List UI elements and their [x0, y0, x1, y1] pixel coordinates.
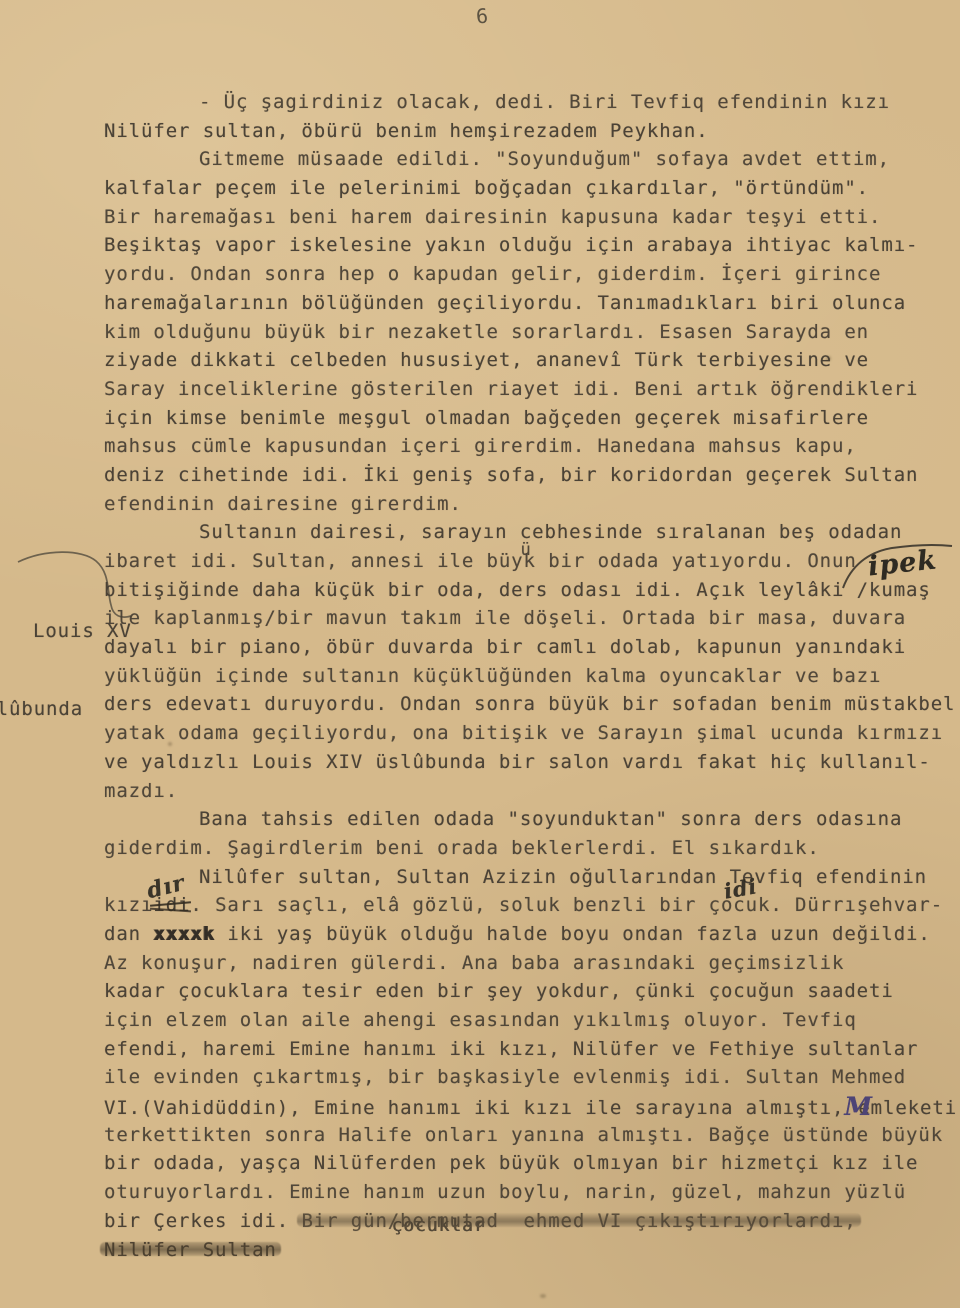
text-line: terkettikten sonra Halife onları yanına …: [104, 1121, 950, 1150]
typed-text: ibaret idi. Sultan, annesi ile büy: [104, 550, 524, 572]
text-line: Beşiktaş vapor iskelesine yakın olduğu i…: [104, 231, 950, 260]
text-line: mazdı.: [104, 777, 950, 806]
text-line: oturuyorlardı. Emine hanım uzun boylu, n…: [104, 1178, 950, 1207]
struck-word: idi: [153, 894, 190, 916]
text-line: Nilûfer sultan, Sultan Azizin oğullarınd…: [104, 863, 950, 892]
margin-note: Louis XV üslûbunda: [0, 566, 120, 774]
paper-stain: [540, 1294, 546, 1298]
struck-passage: Nilüfer Sultan: [104, 1239, 277, 1261]
page-number: 6: [475, 4, 489, 29]
text-line: yordu. Ondan sonra hep o kapudan gelir, …: [104, 260, 950, 289]
scanned-typewritten-page: 6 Louis XV üslûbunda ipek - Üç şagirdini…: [0, 0, 960, 1308]
text-line: Saray inceliklerine gösterilen riayet id…: [104, 375, 950, 404]
text-line: kalfalar peçem ile pelerinimi boğçadan ç…: [104, 174, 950, 203]
text-line-with-ink-correction: VI.(Vahidüddin), Emine hanımı iki kızı i…: [104, 1092, 950, 1121]
text-line: ders edevatı duruyordu. Ondan sonra büyü…: [104, 690, 950, 719]
typed-text: emleketi: [858, 1097, 957, 1119]
text-line: yüklüğün içinde sultanın küçüklüğünden k…: [104, 662, 950, 691]
overstruck-word: xxxxk: [153, 923, 215, 945]
typed-text: . Dürrışehvar-: [770, 894, 943, 916]
text-line: kadar çocuklara tesir eden bir şey yokdu…: [104, 977, 950, 1006]
text-line-with-smudged-strike: bir Çerkes idi. çocuklarBir gün/bermutad…: [104, 1207, 950, 1236]
handwritten-capital-M: M: [844, 1093, 858, 1122]
text-line: için elzem olan aile ahengi esasından yı…: [104, 1006, 950, 1035]
text-line: Nilüfer sultan, öbürü benim hemşirezadem…: [104, 117, 950, 146]
typed-text: kızı: [104, 894, 153, 916]
text-line: yatak odama geçiliyordu, ona bitişik ve …: [104, 719, 950, 748]
text-line: bitişiğinde daha küçük bir oda, ders oda…: [104, 576, 950, 605]
text-line: Az konuşur, nadiren gülerdi. Ana baba ar…: [104, 949, 950, 978]
text-line: giderdim. Şagirdlerim beni orada beklerl…: [104, 834, 950, 863]
text-line: Gitmeme müsaade edildi. "Soyunduğum" sof…: [104, 145, 950, 174]
text-line: ziyade dikkati celbeden hususiyet, anane…: [104, 346, 950, 375]
margin-note-line2: üslûbunda: [0, 696, 120, 722]
text-line: haremağalarının bölüğünden geçiliyordu. …: [104, 289, 950, 318]
text-line-with-typed-insert: ibaret idi. Sultan, annesi ile büyük bir…: [104, 547, 950, 576]
text-line: efendinin dairesine girerdim.: [104, 490, 950, 519]
typed-text: . Sarı saçlı, elâ gözlü, soluk benzli bi…: [190, 894, 770, 916]
text-line-struck-out: Nilüfer Sultan: [104, 1236, 950, 1265]
text-line: efendi, haremi Emine hanımı iki kızı, Ni…: [104, 1035, 950, 1064]
text-line: kim olduğunu büyük bir nezaketle sorarla…: [104, 318, 950, 347]
text-line: ile kaplanmış/bir mavun takım ile döşeli…: [104, 604, 950, 633]
struck-passage: Bir gün/bermutad ehmed VI çıkıştırıyorla…: [301, 1210, 856, 1232]
typed-text-block: - Üç şagirdiniz olacak, dedi. Biri Tevfi…: [104, 88, 950, 1264]
text-line: ve yaldızlı Louis XIV üslûbunda bir salo…: [104, 748, 950, 777]
text-line: Bana tahsis edilen odada "soyunduktan" s…: [104, 805, 950, 834]
handwritten-insert-idi: idi: [722, 873, 760, 907]
text-line: bir odada, yaşça Nilüferden pek büyük ol…: [104, 1149, 950, 1178]
text-line: için kimse benimle meşgul olmadan bağçed…: [104, 404, 950, 433]
text-line: deniz cihetinde idi. İki geniş sofa, bir…: [104, 461, 950, 490]
text-line: Bir haremağası beni harem dairesinin kap…: [104, 203, 950, 232]
text-line: mahsus cümle kapusundan içeri girerdim. …: [104, 432, 950, 461]
text-line: dayalı bir piano, öbür duvarda bir camlı…: [104, 633, 950, 662]
typed-text: bir Çerkes idi.: [104, 1210, 301, 1232]
typed-text: iki yaş büyük olduğu halde boyu ondan fa…: [215, 923, 931, 945]
typed-text: k bir odada yatıyordu. Onun: [524, 550, 857, 572]
text-line: - Üç şagirdiniz olacak, dedi. Biri Tevfi…: [104, 88, 950, 117]
text-line-with-overstrike: dan xxxxk iki yaş büyük olduğu halde boy…: [104, 920, 950, 949]
text-line-with-corrections: kızıdıridi. Sarı saçlı, elâ gözlü, soluk…: [104, 891, 950, 920]
typed-text: VI.(Vahidüddin), Emine hanımı iki kızı i…: [104, 1097, 844, 1119]
text-line: ile evinden çıkartmış, bir başkasiyle ev…: [104, 1063, 950, 1092]
typed-text: dan: [104, 923, 153, 945]
